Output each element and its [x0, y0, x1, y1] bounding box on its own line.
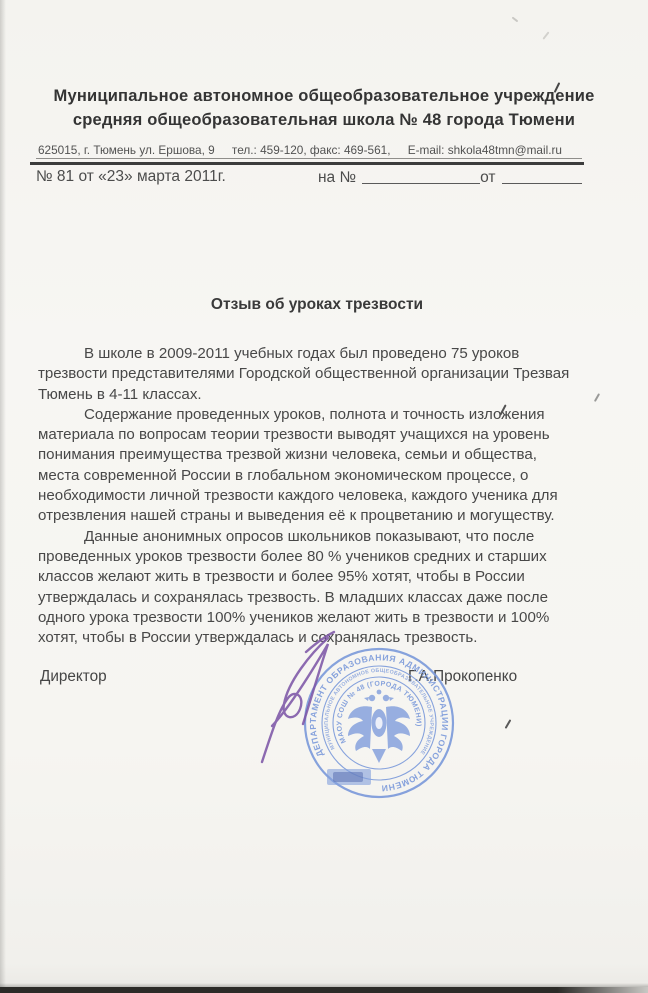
faint-pencil-mark [512, 17, 519, 23]
scan-edge-left [0, 0, 6, 993]
org-email: E-mail: shkola48tmn@mail.ru [408, 143, 562, 157]
org-name-line2: средняя общеобразовательная школа № 48 г… [8, 108, 640, 132]
letterhead: Муниципальное автономное общеобразовател… [8, 84, 640, 132]
signatory-position: Директор [40, 668, 107, 686]
outgoing-reference: № 81 от «23» марта 2011г. [36, 168, 226, 186]
blank-line [502, 170, 582, 184]
signature-scribble-icon [248, 616, 360, 774]
pen-tick [505, 719, 512, 729]
blank-line [362, 170, 480, 184]
divider-thin [36, 158, 582, 159]
paragraph-1: В школе в 2009-2011 учебных годах был пр… [38, 344, 575, 405]
incoming-reference: на №от [318, 168, 582, 187]
scan-edge-bottom [0, 987, 648, 993]
document-title: Отзыв об уроках трезвости [0, 296, 634, 314]
org-phone-fax: тел.: 459-120, факс: 469-561, [232, 143, 391, 157]
scanned-letter-page: Муниципальное автономное общеобразовател… [0, 0, 648, 993]
reply-ot-label: от [480, 169, 495, 186]
contact-info-row: 625015, г. Тюмень ул. Ершова, 9 тел.: 45… [38, 143, 562, 157]
pen-tick [594, 393, 600, 402]
org-name-line1: Муниципальное автономное общеобразовател… [8, 84, 640, 108]
paragraph-2: Содержание проведенных уроков, полнота и… [38, 405, 575, 527]
faint-pencil-mark [542, 31, 549, 39]
divider-thick [30, 162, 584, 165]
reply-na-label: на № [318, 169, 356, 186]
org-address: 625015, г. Тюмень ул. Ершова, 9 [38, 143, 215, 157]
document-body: В школе в 2009-2011 учебных годах был пр… [38, 344, 575, 648]
